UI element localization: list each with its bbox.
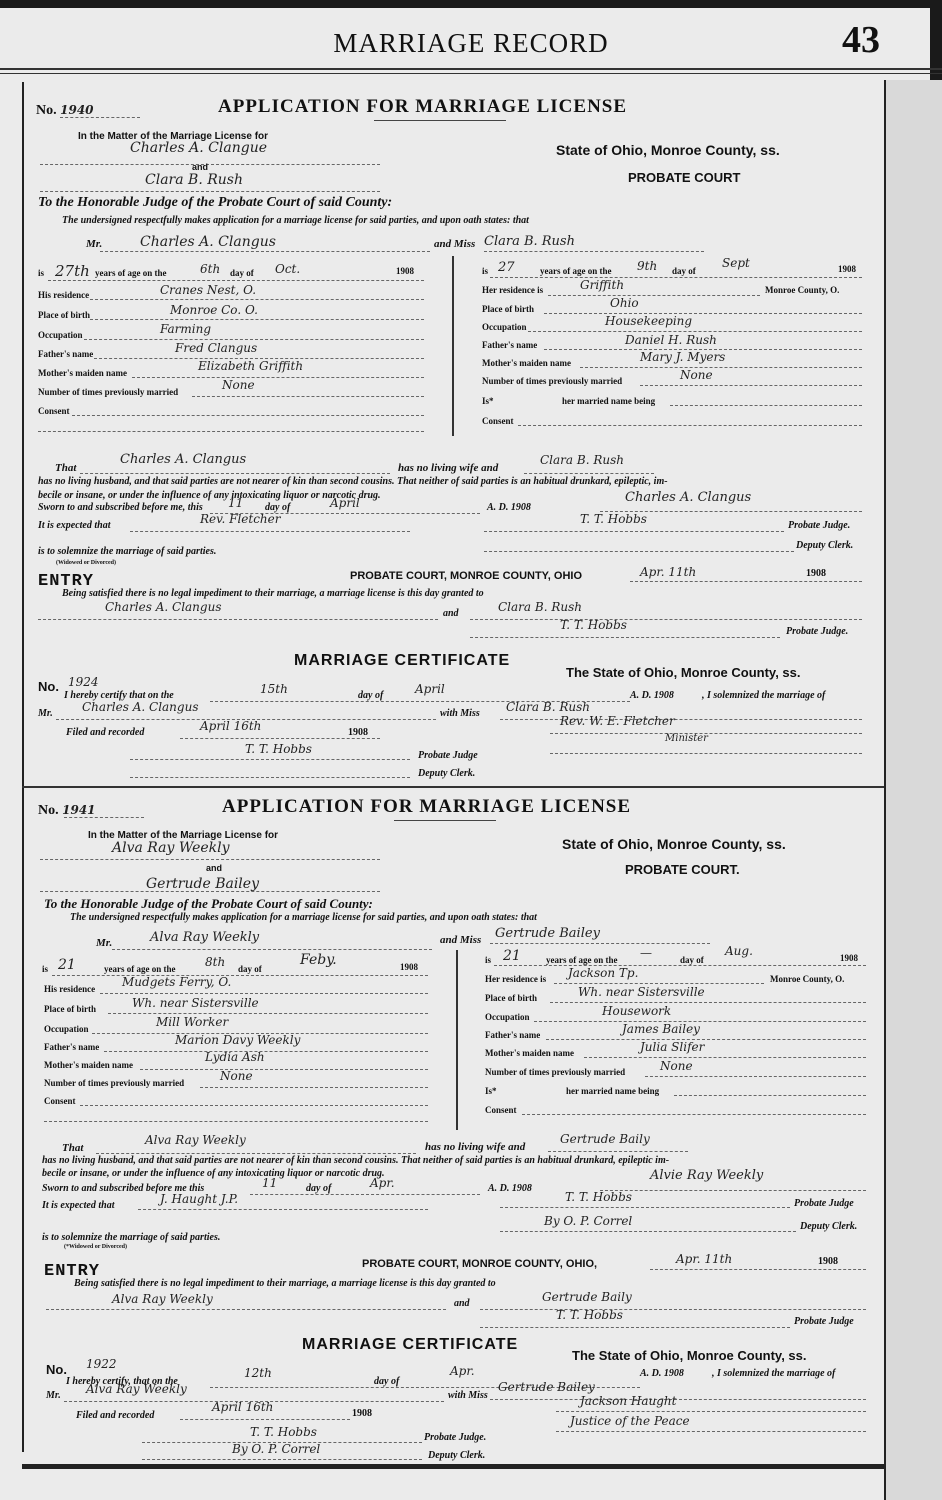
no-wife-name: Gertrude Baily — [560, 1132, 650, 1146]
cert-mr-name: Charles A. Clangus — [82, 700, 198, 714]
cert-no-label: No. — [46, 1362, 67, 1377]
residence-label: His residence — [44, 984, 95, 994]
entry-year: 1908 — [806, 568, 826, 579]
bride-day: 9th — [637, 259, 657, 273]
app-no: 1941 — [62, 803, 95, 817]
certificate-title: MARRIAGE CERTIFICATE — [302, 1336, 518, 1354]
cert-judge-signature: T. T. Hobbs — [250, 1425, 317, 1439]
expected-label: It is expected that — [42, 1200, 115, 1211]
groom-month: Feby. — [300, 952, 337, 968]
groom-residence: Mudgets Ferry, O. — [122, 975, 231, 989]
oath-text-1: has no living husband, and that said par… — [42, 1155, 669, 1166]
state-county: State of Ohio, Monroe County, ss. — [562, 836, 786, 852]
entry-judge-signature: T. T. Hobbs — [556, 1308, 623, 1322]
entry-and: and — [454, 1298, 470, 1309]
entry-date: Apr. 11th — [676, 1252, 732, 1266]
is-label: is — [485, 955, 491, 965]
entry-judge-signature: T. T. Hobbs — [560, 618, 627, 632]
record-frame — [22, 82, 886, 1452]
groom-year: 1908 — [400, 962, 418, 972]
consent-label: Consent — [485, 1105, 517, 1115]
cert-deputy-clerk-label: Deputy Clerk. — [428, 1450, 485, 1461]
bride-prev-married: None — [680, 368, 713, 382]
column-divider — [452, 256, 454, 436]
groom-prev-married: None — [222, 378, 255, 392]
page-number: 43 — [842, 18, 880, 62]
father-label: Father's name — [482, 340, 537, 350]
widowed-note: (*Widowed or Divorced) — [64, 1244, 127, 1250]
bride-occupation: Housekeeping — [605, 314, 692, 328]
groom-father: Marion Davy Weekly — [175, 1033, 300, 1047]
groom-year: 1908 — [396, 266, 414, 276]
prev-married-label: Number of times previously married — [38, 387, 178, 397]
cert-month: Apr. — [450, 1364, 475, 1378]
years-label: years of age on the — [540, 266, 612, 276]
sworn-month: April — [330, 496, 360, 510]
father-label: Father's name — [38, 349, 93, 359]
app-no: 1940 — [60, 103, 93, 117]
bride-father: James Bailey — [622, 1022, 700, 1036]
column-divider — [456, 950, 458, 1130]
cert-with-label: with Miss — [448, 1390, 488, 1401]
groom-name: Charles A. Clangue — [130, 140, 267, 156]
cert-day: 12th — [244, 1366, 272, 1380]
applicant-signature: Charles A. Clangus — [625, 490, 751, 505]
cert-solemnized-label: , I solemnized the marriage of — [702, 690, 825, 701]
birthplace-label: Place of birth — [38, 310, 90, 320]
page-title: MARRIAGE RECORD — [0, 28, 942, 59]
miss-name: Gertrude Bailey — [495, 926, 600, 941]
years-label: years of age on the — [95, 268, 167, 278]
entry-bride: Gertrude Baily — [542, 1290, 632, 1304]
bride-year: 1908 — [838, 264, 856, 274]
bottom-rule — [22, 1464, 884, 1469]
groom-occupation: Mill Worker — [156, 1015, 228, 1029]
day-of-label: day of — [238, 964, 262, 974]
groom-age: 27th — [55, 262, 90, 280]
cert-no: 1924 — [68, 675, 99, 689]
cert-miss-name: Gertrude Bailey — [498, 1380, 595, 1394]
cert-mr-label: Mr. — [38, 708, 53, 719]
cert-mr-label: Mr. — [46, 1390, 61, 1401]
solemnize-label: is to solemnize the marriage of said par… — [38, 546, 216, 557]
judge-signature: T. T. Hobbs — [565, 1190, 632, 1204]
occupation-label: Occupation — [482, 322, 527, 332]
title-ornament — [394, 820, 496, 821]
entry-text: Being satisfied there is no legal impedi… — [62, 588, 484, 599]
cert-officiant-title: Justice of the Peace — [570, 1414, 690, 1428]
oath-text-2: becile or insane, or under the influence… — [42, 1168, 385, 1179]
cert-month: April — [415, 682, 445, 696]
officiant: Rev. Fletcher — [200, 512, 281, 526]
groom-mother: Elizabeth Griffith — [198, 359, 303, 373]
cert-filed-label: Filed and recorded — [66, 727, 144, 738]
occupation-label: Occupation — [38, 330, 83, 340]
no-wife-label: has no living wife and — [398, 462, 498, 474]
day-of-label: day of — [230, 268, 254, 278]
entry-probate-judge-label: Probate Judge — [794, 1316, 854, 1327]
bride-age: 21 — [503, 948, 521, 964]
birthplace-label: Place of birth — [44, 1004, 96, 1014]
occupation-label: Occupation — [44, 1024, 89, 1034]
groom-occupation: Farming — [160, 322, 211, 336]
entry-groom: Charles A. Clangus — [105, 600, 221, 614]
miss-name: Clara B. Rush — [484, 234, 575, 249]
cert-mr-name: Alva Ray Weekly — [86, 1382, 187, 1396]
groom-birthplace: Monroe Co. O. — [170, 303, 258, 317]
is-married-label: Is* — [482, 396, 494, 406]
residence-label: Her residence is — [485, 974, 546, 984]
bride-mother: Mary J. Myers — [640, 350, 725, 364]
cert-miss-name: Clara B. Rush — [506, 700, 590, 714]
entry-court-line: PROBATE COURT, MONROE COUNTY, OHIO — [350, 570, 582, 582]
probate-judge-label: Probate Judge — [794, 1198, 854, 1209]
mother-label: Mother's maiden name — [44, 1060, 133, 1070]
sworn-month: Apr. — [370, 1176, 395, 1190]
record-separator — [22, 786, 884, 788]
widowed-note: (Widowed or Divorced) — [56, 560, 116, 566]
groom-name: Alva Ray Weekly — [112, 840, 230, 856]
bride-age: 27 — [498, 260, 515, 275]
no-wife-name: Clara B. Rush — [540, 453, 624, 467]
that-name: Alva Ray Weekly — [145, 1133, 246, 1147]
miss-label: and Miss — [440, 934, 481, 946]
mr-name: Charles A. Clangus — [140, 234, 276, 250]
probate-judge-label: Probate Judge. — [788, 520, 850, 531]
birthplace-label: Place of birth — [485, 993, 537, 1003]
mother-label: Mother's maiden name — [482, 358, 571, 368]
cert-officiant-signature: Rev. W. E. Fletcher — [560, 714, 675, 728]
entry-probate-judge-label: Probate Judge. — [786, 626, 848, 637]
cert-filed-year: 1908 — [352, 1408, 372, 1419]
cert-solemnized-label: , I solemnized the marriage of — [712, 1368, 835, 1379]
cert-officiant-title: Minister — [665, 733, 708, 744]
entry-groom: Alva Ray Weekly — [112, 1292, 213, 1306]
cert-no: 1922 — [86, 1357, 117, 1371]
cert-officiant-signature: Jackson Haught — [580, 1394, 676, 1408]
to-judge: To the Honorable Judge of the Probate Co… — [44, 896, 373, 912]
groom-age: 21 — [58, 957, 76, 973]
county-label: Monroe County, O. — [765, 285, 839, 295]
consent-label: Consent — [44, 1096, 76, 1106]
is-label: is — [38, 268, 44, 278]
father-label: Father's name — [485, 1030, 540, 1040]
bride-birthplace: Wh. near Sistersville — [578, 985, 705, 999]
preamble: The undersigned respectfully makes appli… — [62, 215, 529, 226]
prev-married-label: Number of times previously married — [485, 1067, 625, 1077]
cert-filed-date: April 16th — [200, 719, 261, 733]
no-wife-label: has no living wife and — [425, 1141, 525, 1153]
page-edge — [884, 80, 942, 1500]
deputy-clerk-label: Deputy Clerk. — [796, 540, 853, 551]
probate-court: PROBATE COURT. — [625, 862, 740, 877]
cert-judge-signature: T. T. Hobbs — [245, 742, 312, 756]
occupation-label: Occupation — [485, 1012, 530, 1022]
residence-label: Her residence is — [482, 285, 543, 295]
expected-label: It is expected that — [38, 520, 111, 531]
bride-year: 1908 — [840, 953, 858, 963]
judge-signature: T. T. Hobbs — [580, 512, 647, 526]
years-label: years of age on the — [104, 964, 176, 974]
oath-text-1: has no living husband, and that said par… — [38, 476, 668, 487]
cert-deputy-clerk-label: Deputy Clerk. — [418, 768, 475, 779]
application-title: APPLICATION FOR MARRIAGE LICENSE — [218, 96, 627, 118]
that-label: That — [62, 1142, 83, 1154]
bride-birthplace: Ohio — [610, 296, 639, 310]
cert-filed-date: April 16th — [212, 1400, 273, 1414]
state-county: State of Ohio, Monroe County, ss. — [556, 142, 780, 158]
bride-mother: Julia Slifer — [640, 1040, 704, 1054]
applicant-signature: Alvie Ray Weekly — [650, 1168, 763, 1183]
miss-label: and Miss — [434, 238, 475, 250]
mr-name: Alva Ray Weekly — [150, 930, 259, 945]
bride-residence: Jackson Tp. — [568, 966, 638, 980]
is-label: is — [42, 964, 48, 974]
groom-month: Oct. — [275, 262, 300, 276]
birthplace-label: Place of birth — [482, 304, 534, 314]
mr-label: Mr. — [96, 937, 112, 949]
prev-married-label: Number of times previously married — [44, 1078, 184, 1088]
cert-deputy-signature: By O. P. Correl — [232, 1442, 320, 1456]
consent-label: Consent — [482, 416, 514, 426]
app-no-label: No. — [38, 803, 59, 818]
deputy-signature: By O. P. Correl — [544, 1214, 632, 1228]
sworn-ad: A. D. 1908 — [488, 1183, 532, 1194]
entry-text: Being satisfied there is no legal impedi… — [74, 1278, 496, 1289]
residence-label: His residence — [38, 290, 89, 300]
bride-father: Daniel H. Rush — [625, 333, 717, 347]
cert-with-label: with Miss — [440, 708, 480, 719]
sworn-day: 11 — [262, 1176, 277, 1190]
sworn-day: 11 — [228, 496, 243, 510]
groom-prev-married: None — [220, 1069, 253, 1083]
is-label: is — [482, 266, 488, 276]
certificate-state: The State of Ohio, Monroe County, ss. — [572, 1348, 807, 1363]
county-label: Monroe County, O. — [770, 974, 844, 984]
cert-ad: A. D. 1908 — [640, 1368, 684, 1379]
entry-and: and — [443, 608, 459, 619]
and-label: and — [206, 863, 222, 873]
certificate-title: MARRIAGE CERTIFICATE — [294, 652, 510, 670]
deputy-clerk-label: Deputy Clerk. — [800, 1221, 857, 1232]
certificate-state: The State of Ohio, Monroe County, ss. — [566, 665, 801, 680]
preamble: The undersigned respectfully makes appli… — [70, 912, 537, 923]
solemnize-label: is to solemnize the marriage of said par… — [42, 1232, 220, 1243]
to-judge: To the Honorable Judge of the Probate Co… — [38, 195, 392, 211]
bride-prev-married: None — [660, 1059, 693, 1073]
bride-month: Sept — [722, 256, 750, 270]
bride-day: — — [640, 946, 652, 960]
father-label: Father's name — [44, 1042, 99, 1052]
cert-probate-judge-label: Probate Judge — [418, 750, 478, 761]
mother-label: Mother's maiden name — [485, 1048, 574, 1058]
groom-birthplace: Wh. near Sistersville — [132, 996, 259, 1010]
entry-bride: Clara B. Rush — [498, 600, 582, 614]
bride-name: Clara B. Rush — [145, 172, 243, 188]
groom-day: 8th — [205, 955, 225, 969]
sworn-ad: A. D. 1908 — [487, 502, 531, 513]
and-label: and — [192, 162, 208, 172]
header-rule — [0, 68, 942, 70]
married-name-label: her married name being — [562, 396, 655, 406]
bride-occupation: Housework — [602, 1004, 671, 1018]
cert-probate-judge-label: Probate Judge. — [424, 1432, 486, 1443]
prev-married-label: Number of times previously married — [482, 376, 622, 386]
sworn-label: Sworn to and subscribed before me, this — [38, 502, 203, 513]
app-no-label: No. — [36, 103, 57, 118]
entry-court-line: PROBATE COURT, MONROE COUNTY, OHIO, — [362, 1258, 597, 1270]
day-of-label: day of — [672, 266, 696, 276]
application-title: APPLICATION FOR MARRIAGE LICENSE — [222, 796, 631, 818]
mother-label: Mother's maiden name — [38, 368, 127, 378]
groom-mother: Lydia Ash — [205, 1050, 265, 1064]
consent-label: Consent — [38, 406, 70, 416]
bride-month: Aug. — [725, 944, 753, 958]
title-ornament — [374, 120, 506, 121]
cert-filed-label: Filed and recorded — [76, 1410, 154, 1421]
groom-father: Fred Clangus — [175, 341, 257, 355]
cert-ad: A. D. 1908 — [630, 690, 674, 701]
cert-day: 15th — [260, 682, 288, 696]
groom-residence: Cranes Nest, O. — [160, 283, 256, 297]
is-married-label: Is* — [485, 1086, 497, 1096]
married-name-label: her married name being — [566, 1086, 659, 1096]
entry-date: Apr. 11th — [640, 565, 696, 579]
bride-residence: Griffith — [580, 278, 624, 292]
header-rule-2 — [0, 73, 942, 74]
entry-year: 1908 — [818, 1256, 838, 1267]
mr-label: Mr. — [86, 238, 102, 250]
cert-no-label: No. — [38, 679, 59, 694]
groom-day: 6th — [200, 262, 220, 276]
that-name: Charles A. Clangus — [120, 452, 246, 467]
officiant: J. Haught J.P. — [160, 1192, 238, 1206]
that-label: That — [55, 462, 76, 474]
probate-court: PROBATE COURT — [628, 170, 740, 185]
